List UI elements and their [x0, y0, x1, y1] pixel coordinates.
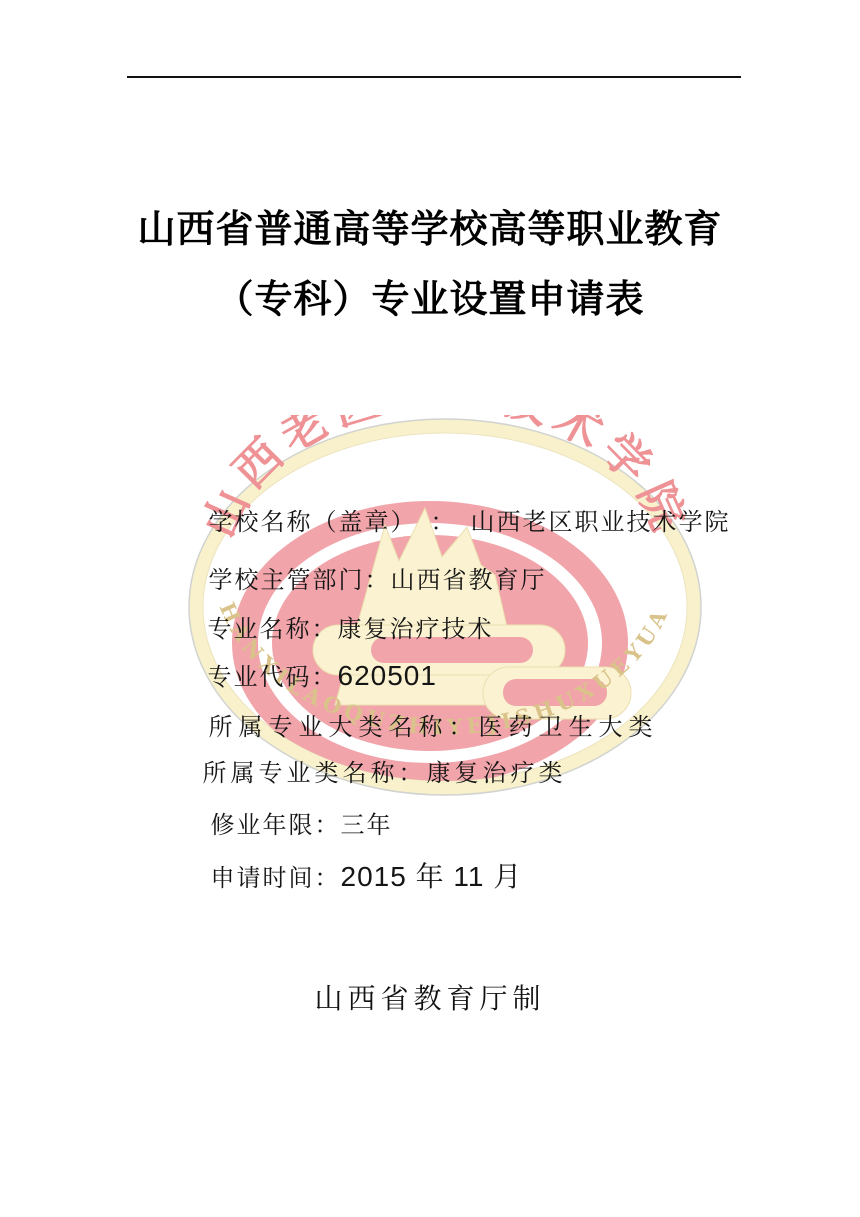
document-page: 山西老区职业技术学院 SHANXILAOQUZHIYEJISHUXUEYUAN …: [0, 0, 860, 1217]
field-major-subcategory-value: 康复治疗类: [427, 759, 567, 787]
field-application-date-label: 申请时间：: [211, 864, 341, 892]
field-application-date-value: 2015 年 11 月: [341, 861, 523, 892]
page-title-line2: （专科）专业设置申请表: [0, 268, 860, 323]
page-title-line1: 山西省普通高等学校高等职业教育: [0, 198, 860, 253]
issuing-authority: 山西省教育厅制: [0, 977, 860, 1017]
header-rule: [127, 76, 741, 78]
field-application-date: 申请时间：2015 年 11 月: [172, 827, 522, 923]
